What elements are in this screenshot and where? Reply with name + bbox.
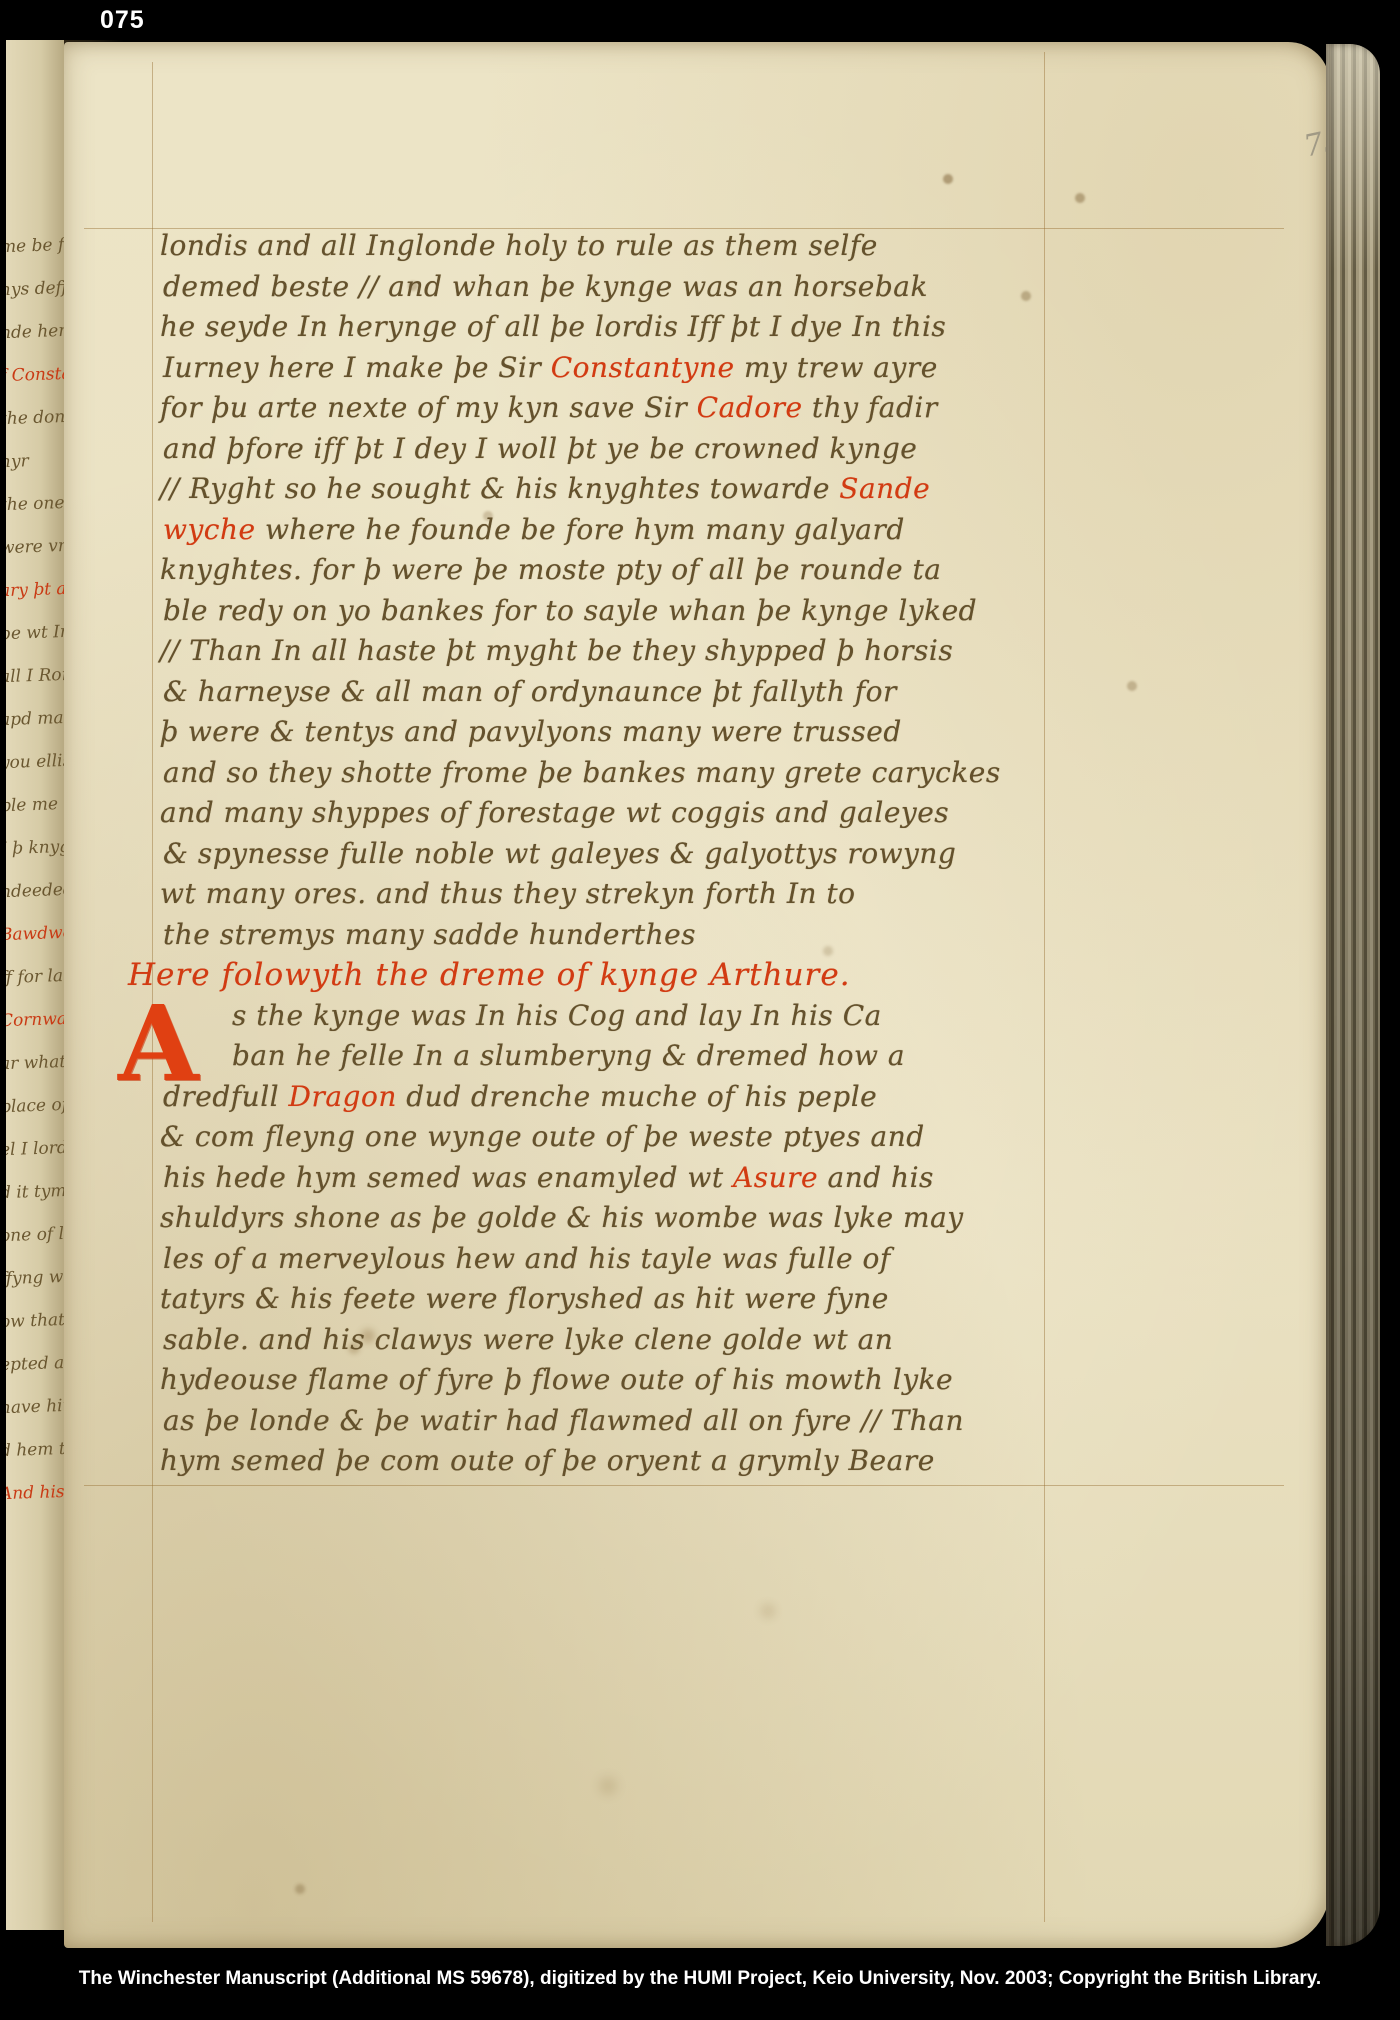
manuscript-line: demed beste // and whan þe kynge was an … [163,267,1060,308]
manuscript-line: tatyrs & his feete were floryshed as hit… [160,1279,1060,1320]
manuscript-line: wyche where he founde be fore hym many g… [163,510,1060,551]
ink-text: s the kynge was In his Cog and lay In hi… [232,999,882,1032]
manuscript-line: Iurney here I make þe Sir Constantyne my… [163,348,1060,389]
book-fore-edge [1326,44,1380,1946]
manuscript-line: les of a merveylous hew and his tayle wa… [163,1239,1060,1280]
image-caption: The Winchester Manuscript (Additional MS… [0,1968,1400,1990]
facing-page-text-fragment: ffyng wor [6,1267,64,1289]
facing-page-text-fragment: place of all þ [6,1095,64,1117]
ink-text: and so they shotte frome þe bankes many … [163,756,1001,789]
rubric-word: Dragon [289,1080,397,1113]
facing-page-text-fragment: hyr [6,450,64,472]
manuscript-line: & com fleyng one wynge oute of þe weste … [160,1117,1060,1158]
rubric-word: Sande [839,472,930,505]
ink-text: shuldyrs shone as þe golde & his wombe w… [160,1201,964,1234]
ink-text: demed beste // and whan þe kynge was an … [163,270,928,303]
ink-text: the stremys many sadde hunderthes [163,918,696,951]
ink-text: his hede hym semed was enamyled wt [163,1161,733,1194]
manuscript-line: ban he felle In a slumberyng & dremed ho… [232,1036,1060,1077]
manuscript-line: as þe londe & þe watir had flawmed all o… [163,1401,1060,1442]
ink-text: as þe londe & þe watir had flawmed all o… [163,1404,964,1437]
manuscript-line: and many shyppes of forestage wt coggis … [160,793,1060,834]
ink-text: hydeouse flame of fyre þ flowe oute of h… [160,1363,953,1396]
facing-page-text-fragment: ary þt all sshal [6,579,64,601]
ink-text: and many shyppes of forestage wt coggis … [160,796,949,829]
facing-page-text-fragment: be wt In þ m [6,622,64,644]
ink-text: sable. and his clawys were lyke clene go… [163,1323,893,1356]
ink-text: and his [818,1161,934,1194]
facing-page-text-fragment: me be fore þ [6,235,64,257]
facing-page-text-fragment: epted and I [6,1353,64,1375]
rubric-word: Constantyne [551,351,735,384]
rubric-word: wyche [163,513,256,546]
ink-text: for þu arte nexte of my kyn save Sir [160,391,697,424]
facing-page-text-fragment: all I Ronyal [6,665,64,687]
manuscript-line: his hede hym semed was enamyled wt Asure… [163,1158,1060,1199]
ink-text: tatyrs & his feete were floryshed as hit… [160,1282,889,1315]
facing-page-text-fragment: ndeeded fo [6,880,64,902]
manuscript-line: s the kynge was In his Cog and lay In hi… [232,996,1060,1037]
facing-page-text-fragment: hys deffoled ch [6,278,64,300]
ink-text: þ were & tentys and pavylyons many were … [160,715,902,748]
manuscript-line: hydeouse flame of fyre þ flowe oute of h… [160,1360,1060,1401]
facing-page-text-fragment: Bawdwen of [6,923,64,945]
manuscript-line: & spynesse fulle noble wt galeyes & galy… [163,834,1060,875]
manuscript-line: hym semed þe com oute of þe oryent a gry… [160,1441,1060,1482]
facing-page-text-fragment: the donaçons [6,407,64,429]
ink-text: // Ryght so he sought & his knyghtes tow… [160,472,839,505]
ink-text: & harneyse & all man of ordynaunce þt fa… [163,675,897,708]
rubric-word: Here folowyth the dreme of kynge Arthure… [128,957,851,993]
ink-text: // Than In all haste þt myght be they sh… [160,634,953,667]
ink-text: londis and all Inglonde holy to rule as … [160,229,878,262]
facing-page-text-fragment: d hem to god [6,1439,64,1461]
manuscript-line: knyghtes. for þ were þe moste pty of all… [160,550,1060,591]
facing-page-text-fragment: you ellis th [6,751,64,773]
facing-page-text-fragment: one of la bea [6,1224,64,1246]
facing-page-text-fragment: f Constantyne [6,364,64,386]
facing-page-text-fragment: apd many ye [6,708,64,730]
previous-page-edge: me be fore þhys deffoled chnde hem to mf… [6,40,64,1930]
facing-page-text-fragment: ar what I [6,1052,64,1074]
rubric-word: Cadore [697,391,803,424]
manuscript-line: // Than In all haste þt myght be they sh… [160,631,1060,672]
facing-page-text-fragment: have hir to [6,1396,64,1418]
ink-text: ble redy on yo bankes for to sayle whan … [163,594,977,627]
manuscript-line: shuldyrs shone as þe golde & his wombe w… [160,1198,1060,1239]
manuscript-line: þ were & tentys and pavylyons many were … [160,712,1060,753]
rubric-word: Asure [733,1161,818,1194]
manuscript-line: wt many ores. and thus they strekyn fort… [160,874,1060,915]
manuscript-line: he seyde In herynge of all þe lordis Iff… [160,307,1060,348]
screenshot-frame: 075 me be fore þhys deffoled chnde hem t… [0,0,1400,2020]
ink-text: les of a merveylous hew and his tayle wa… [163,1242,891,1275]
photo-id-label: 075 [100,6,145,35]
facing-page-text-fragment: were vndir his [6,536,64,558]
ruled-line-bottom [84,1485,1284,1486]
facing-page-text-fragment: nde hem to m [6,321,64,343]
facing-page-text-fragment: And his Band [6,1482,64,1504]
ink-text: ban he felle In a slumberyng & dremed ho… [232,1039,905,1072]
ink-text: where he founde be fore hym many galyard [256,513,905,546]
facing-page-text-fragment: ple me þ w [6,794,64,816]
ink-text: Iurney here I make þe Sir [163,351,551,384]
manuscript-line: londis and all Inglonde holy to rule as … [160,226,1060,267]
facing-page-text-fragment: the one of kyng [6,493,64,515]
ink-text: hym semed þe com oute of þe oryent a gry… [160,1444,935,1477]
ink-text: knyghtes. for þ were þe moste pty of all… [160,553,941,586]
ink-text: & spynesse fulle noble wt galeyes & galy… [163,837,956,870]
ink-text: he seyde In herynge of all þe lordis Iff… [160,310,946,343]
manuscript-line: ble redy on yo bankes for to sayle whan … [163,591,1060,632]
manuscript-line: the stremys many sadde hunderthes [163,915,1060,956]
manuscript-line: for þu arte nexte of my kyn save Sir Cad… [160,388,1060,429]
parchment-stains [64,42,72,50]
manuscript-line: sable. and his clawys were lyke clene go… [163,1320,1060,1361]
manuscript-text-block: londis and all Inglonde holy to rule as … [160,226,1060,1482]
ink-text: and þfore iff þt I dey I woll þt ye be c… [163,432,917,465]
manuscript-line: // Ryght so he sought & his knyghtes tow… [160,469,1060,510]
facing-page-text-fragment: d it tyme th [6,1181,64,1203]
rubric-heading: Here folowyth the dreme of kynge Arthure… [128,955,1060,996]
facing-page-text-fragment: I þ knyght [6,837,64,859]
ink-text: my trew ayre [735,351,938,384]
ink-text: dredfull [163,1080,289,1113]
facing-page-text-fragment: el I lordsh [6,1138,64,1160]
manuscript-line: dredfull Dragon dud drenche muche of his… [163,1077,1060,1118]
manuscript-line: and so they shotte frome þe bankes many … [163,753,1060,794]
manuscript-line: & harneyse & all man of ordynaunce þt fa… [163,672,1060,713]
manuscript-line: and þfore iff þt I dey I woll þt ye be c… [163,429,1060,470]
facing-page-text-fragment: ow thatt þ [6,1310,64,1332]
facing-page-text-fragment: ff for la co [6,966,64,988]
ink-text: wt many ores. and thus they strekyn fort… [160,877,856,910]
ink-text: thy fadir [803,391,938,424]
ink-text: & com fleyng one wynge oute of þe weste … [160,1120,925,1153]
facing-page-text-fragment: Cornwayle & [6,1009,64,1031]
ink-text: dud drenche muche of his peple [397,1080,877,1113]
